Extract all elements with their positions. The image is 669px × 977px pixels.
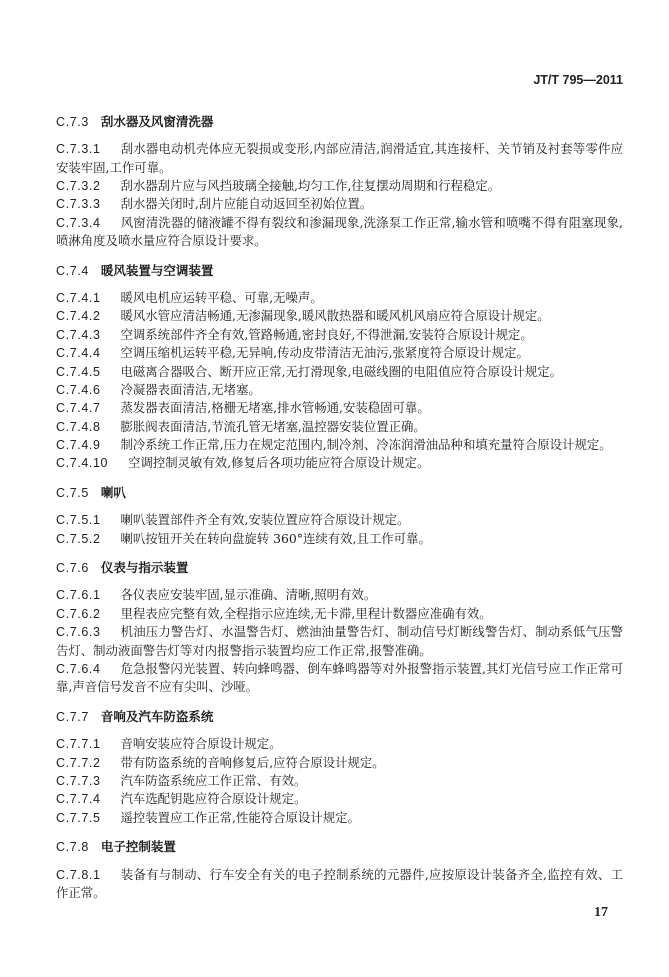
clause-text: 刮水器关闭时,刮片应能自动返回至初始位置。 xyxy=(121,196,373,211)
standard-code-header: JT/T 795—2011 xyxy=(533,72,623,88)
clause-number: C.7.3.1 xyxy=(56,142,101,156)
section-title: 暖风装置与空调装置 xyxy=(101,263,214,278)
clause-text: 汽车选配钥匙应符合原设计规定。 xyxy=(121,791,307,806)
clause: C.7.7.5遥控装置应工作正常,性能符合原设计规定。 xyxy=(56,809,623,827)
clause-text: 空调压缩机运转平稳,无异响,传动皮带清洁无油污,张紧度符合原设计规定。 xyxy=(121,345,529,360)
clause-number: C.7.7.4 xyxy=(56,792,101,806)
clause-text: 蒸发器表面清洁,格栅无堵塞,排水管畅通,安装稳固可靠。 xyxy=(121,400,430,415)
clause: C.7.7.2带有防盗系统的音响修复后,应符合原设计规定。 xyxy=(56,754,623,772)
clause-number: C.7.3.2 xyxy=(56,179,101,193)
section-c-7-7: C.7.7音响及汽车防盗系统 C.7.7.1音响安装应符合原设计规定。 C.7.… xyxy=(56,707,623,827)
clause-text: 刮水器刮片应与风挡玻璃全接触,均匀工作,往复摆动周期和行程稳定。 xyxy=(121,178,501,193)
clause: C.7.3.4风窗清洗器的储液罐不得有裂纹和渗漏现象,洗涤泵工作正常,输水管和喷… xyxy=(56,214,623,251)
clause-number: C.7.4.7 xyxy=(56,401,101,415)
clause: C.7.6.2里程表应完整有效,全程指示应连续,无卡滞,里程计数器应准确有效。 xyxy=(56,605,623,623)
clause-text: 风窗清洗器的储液罐不得有裂纹和渗漏现象,洗涤泵工作正常,输水管和喷嘴不得有阻塞现… xyxy=(56,215,623,248)
clause-number: C.7.5.2 xyxy=(56,532,101,546)
clause-text: 暖风电机应运转平稳、可靠,无噪声。 xyxy=(121,290,323,305)
clause-number: C.7.3.4 xyxy=(56,216,101,230)
clause-number: C.7.6.1 xyxy=(56,588,101,602)
clause-number: C.7.4.10 xyxy=(56,456,108,470)
clause: C.7.7.4汽车选配钥匙应符合原设计规定。 xyxy=(56,790,623,808)
clause: C.7.3.2刮水器刮片应与风挡玻璃全接触,均匀工作,往复摆动周期和行程稳定。 xyxy=(56,177,623,195)
clause-text: 带有防盗系统的音响修复后,应符合原设计规定。 xyxy=(121,755,385,770)
section-number: C.7.5 xyxy=(56,486,89,500)
clause-text: 汽车防盗系统应工作正常、有效。 xyxy=(121,773,307,788)
clause-number: C.7.4.2 xyxy=(56,309,101,323)
section-heading: C.7.4暖风装置与空调装置 xyxy=(56,261,623,279)
clause: C.7.4.5电磁离合器吸合、断开应正常,无打滑现象,电磁线圈的电阻值应符合原设… xyxy=(56,363,623,381)
section-c-7-5: C.7.5喇叭 C.7.5.1喇叭装置部件齐全有效,安装位置应符合原设计规定。 … xyxy=(56,483,623,548)
section-title: 刮水器及风窗清洗器 xyxy=(101,114,214,129)
section-title: 仪表与指示装置 xyxy=(101,560,189,575)
section-number: C.7.4 xyxy=(56,264,89,278)
clause-number: C.7.4.8 xyxy=(56,420,101,434)
clause-number: C.7.7.5 xyxy=(56,811,101,825)
clause-number: C.7.4.5 xyxy=(56,365,101,379)
clause: C.7.6.1各仪表应安装牢固,显示准确、清晰,照明有效。 xyxy=(56,586,623,604)
clause: C.7.4.9制冷系统工作正常,压力在规定范围内,制冷剂、冷冻润滑油品种和填充量… xyxy=(56,436,623,454)
clause: C.7.4.1暖风电机应运转平稳、可靠,无噪声。 xyxy=(56,289,623,307)
clause-number: C.7.7.3 xyxy=(56,774,101,788)
section-number: C.7.6 xyxy=(56,561,89,575)
clause: C.7.4.10空调控制灵敏有效,修复后各项功能应符合原设计规定。 xyxy=(56,454,623,472)
clause-text: 装备有与制动、行车安全有关的电子控制系统的元器件,应按原设计装备齐全,监控有效、… xyxy=(56,867,623,900)
clause-number: C.7.6.4 xyxy=(56,662,101,676)
clause-number: C.7.4.9 xyxy=(56,438,101,452)
clause-text: 冷凝器表面清洁,无堵塞。 xyxy=(121,382,261,397)
section-title: 喇叭 xyxy=(101,485,126,500)
section-heading: C.7.3刮水器及风窗清洗器 xyxy=(56,112,623,130)
clause-text: 电磁离合器吸合、断开应正常,无打滑现象,电磁线圈的电阻值应符合原设计规定。 xyxy=(121,364,563,379)
clause-text: 喇叭按钮开关在转向盘旋转 360°连续有效,且工作可靠。 xyxy=(121,531,431,546)
clause: C.7.6.3机油压力警告灯、水温警告灯、燃油油量警告灯、制动信号灯断线警告灯、… xyxy=(56,623,623,660)
clause-text: 喇叭装置部件齐全有效,安装位置应符合原设计规定。 xyxy=(121,512,410,527)
clause-number: C.7.4.6 xyxy=(56,383,101,397)
clause: C.7.4.7蒸发器表面清洁,格栅无堵塞,排水管畅通,安装稳固可靠。 xyxy=(56,399,623,417)
clause: C.7.8.1装备有与制动、行车安全有关的电子控制系统的元器件,应按原设计装备齐… xyxy=(56,866,623,903)
page-number: 17 xyxy=(594,904,608,922)
clause-text: 暖风水管应清洁畅通,无渗漏现象,暖风散热器和暖风机风扇应符合原设计规定。 xyxy=(121,308,550,323)
clause-text: 各仪表应安装牢固,显示准确、清晰,照明有效。 xyxy=(121,587,377,602)
clause-text: 遥控装置应工作正常,性能符合原设计规定。 xyxy=(121,810,360,825)
clause-number: C.7.4.4 xyxy=(56,346,101,360)
clause-text: 空调系统部件齐全有效,管路畅通,密封良好,不得泄漏,安装符合原设计规定。 xyxy=(121,327,533,342)
clause: C.7.6.4危急报警闪光装置、转向蜂鸣器、倒车蜂鸣器等对外报警指示装置,其灯光… xyxy=(56,660,623,697)
section-number: C.7.3 xyxy=(56,115,89,129)
clause-text: 里程表应完整有效,全程指示应连续,无卡滞,里程计数器应准确有效。 xyxy=(121,606,492,621)
section-title: 音响及汽车防盗系统 xyxy=(101,709,214,724)
section-heading: C.7.7音响及汽车防盗系统 xyxy=(56,707,623,725)
clause-number: C.7.3.3 xyxy=(56,197,101,211)
clause-number: C.7.6.2 xyxy=(56,607,101,621)
clause-number: C.7.7.1 xyxy=(56,737,101,751)
clause: C.7.4.2暖风水管应清洁畅通,无渗漏现象,暖风散热器和暖风机风扇应符合原设计… xyxy=(56,307,623,325)
clause-number: C.7.4.3 xyxy=(56,328,101,342)
clause: C.7.3.1刮水器电动机壳体应无裂损或变形,内部应清洁,润滑适宜,其连接杆、关… xyxy=(56,140,623,177)
section-heading: C.7.8电子控制装置 xyxy=(56,837,623,855)
clause-text: 音响安装应符合原设计规定。 xyxy=(121,736,282,751)
clause-text: 空调控制灵敏有效,修复后各项功能应符合原设计规定。 xyxy=(128,455,429,470)
clause: C.7.7.1音响安装应符合原设计规定。 xyxy=(56,735,623,753)
section-c-7-3: C.7.3刮水器及风窗清洗器 C.7.3.1刮水器电动机壳体应无裂损或变形,内部… xyxy=(56,112,623,251)
section-heading: C.7.5喇叭 xyxy=(56,483,623,501)
clause-text: 机油压力警告灯、水温警告灯、燃油油量警告灯、制动信号灯断线警告灯、制动系低气压警… xyxy=(56,624,623,657)
clause: C.7.4.6冷凝器表面清洁,无堵塞。 xyxy=(56,381,623,399)
clause-number: C.7.8.1 xyxy=(56,868,101,882)
clause: C.7.4.8膨胀阀表面清洁,节流孔管无堵塞,温控器安装位置正确。 xyxy=(56,418,623,436)
section-number: C.7.8 xyxy=(56,840,89,854)
clause-text: 危急报警闪光装置、转向蜂鸣器、倒车蜂鸣器等对外报警指示装置,其灯光信号应工作正常… xyxy=(56,661,623,694)
clause: C.7.4.3空调系统部件齐全有效,管路畅通,密封良好,不得泄漏,安装符合原设计… xyxy=(56,326,623,344)
clause: C.7.7.3汽车防盗系统应工作正常、有效。 xyxy=(56,772,623,790)
clause: C.7.4.4空调压缩机运转平稳,无异响,传动皮带清洁无油污,张紧度符合原设计规… xyxy=(56,344,623,362)
clause-text: 刮水器电动机壳体应无裂损或变形,内部应清洁,润滑适宜,其连接杆、关节销及衬套等零… xyxy=(56,141,623,174)
section-number: C.7.7 xyxy=(56,710,89,724)
clause-text: 膨胀阀表面清洁,节流孔管无堵塞,温控器安装位置正确。 xyxy=(121,419,426,434)
clause-number: C.7.6.3 xyxy=(56,625,101,639)
section-c-7-6: C.7.6仪表与指示装置 C.7.6.1各仪表应安装牢固,显示准确、清晰,照明有… xyxy=(56,558,623,697)
document-body: C.7.3刮水器及风窗清洗器 C.7.3.1刮水器电动机壳体应无裂损或变形,内部… xyxy=(56,112,623,903)
clause-text: 制冷系统工作正常,压力在规定范围内,制冷剂、冷冻润滑油品种和填充量符合原设计规定… xyxy=(121,437,612,452)
clause-number: C.7.5.1 xyxy=(56,513,101,527)
section-title: 电子控制装置 xyxy=(101,839,176,854)
section-c-7-4: C.7.4暖风装置与空调装置 C.7.4.1暖风电机应运转平稳、可靠,无噪声。 … xyxy=(56,261,623,473)
clause: C.7.5.1喇叭装置部件齐全有效,安装位置应符合原设计规定。 xyxy=(56,511,623,529)
clause-number: C.7.4.1 xyxy=(56,291,101,305)
clause: C.7.5.2喇叭按钮开关在转向盘旋转 360°连续有效,且工作可靠。 xyxy=(56,530,623,548)
section-heading: C.7.6仪表与指示装置 xyxy=(56,558,623,576)
clause-number: C.7.7.2 xyxy=(56,756,101,770)
section-c-7-8: C.7.8电子控制装置 C.7.8.1装备有与制动、行车安全有关的电子控制系统的… xyxy=(56,837,623,902)
clause: C.7.3.3刮水器关闭时,刮片应能自动返回至初始位置。 xyxy=(56,195,623,213)
